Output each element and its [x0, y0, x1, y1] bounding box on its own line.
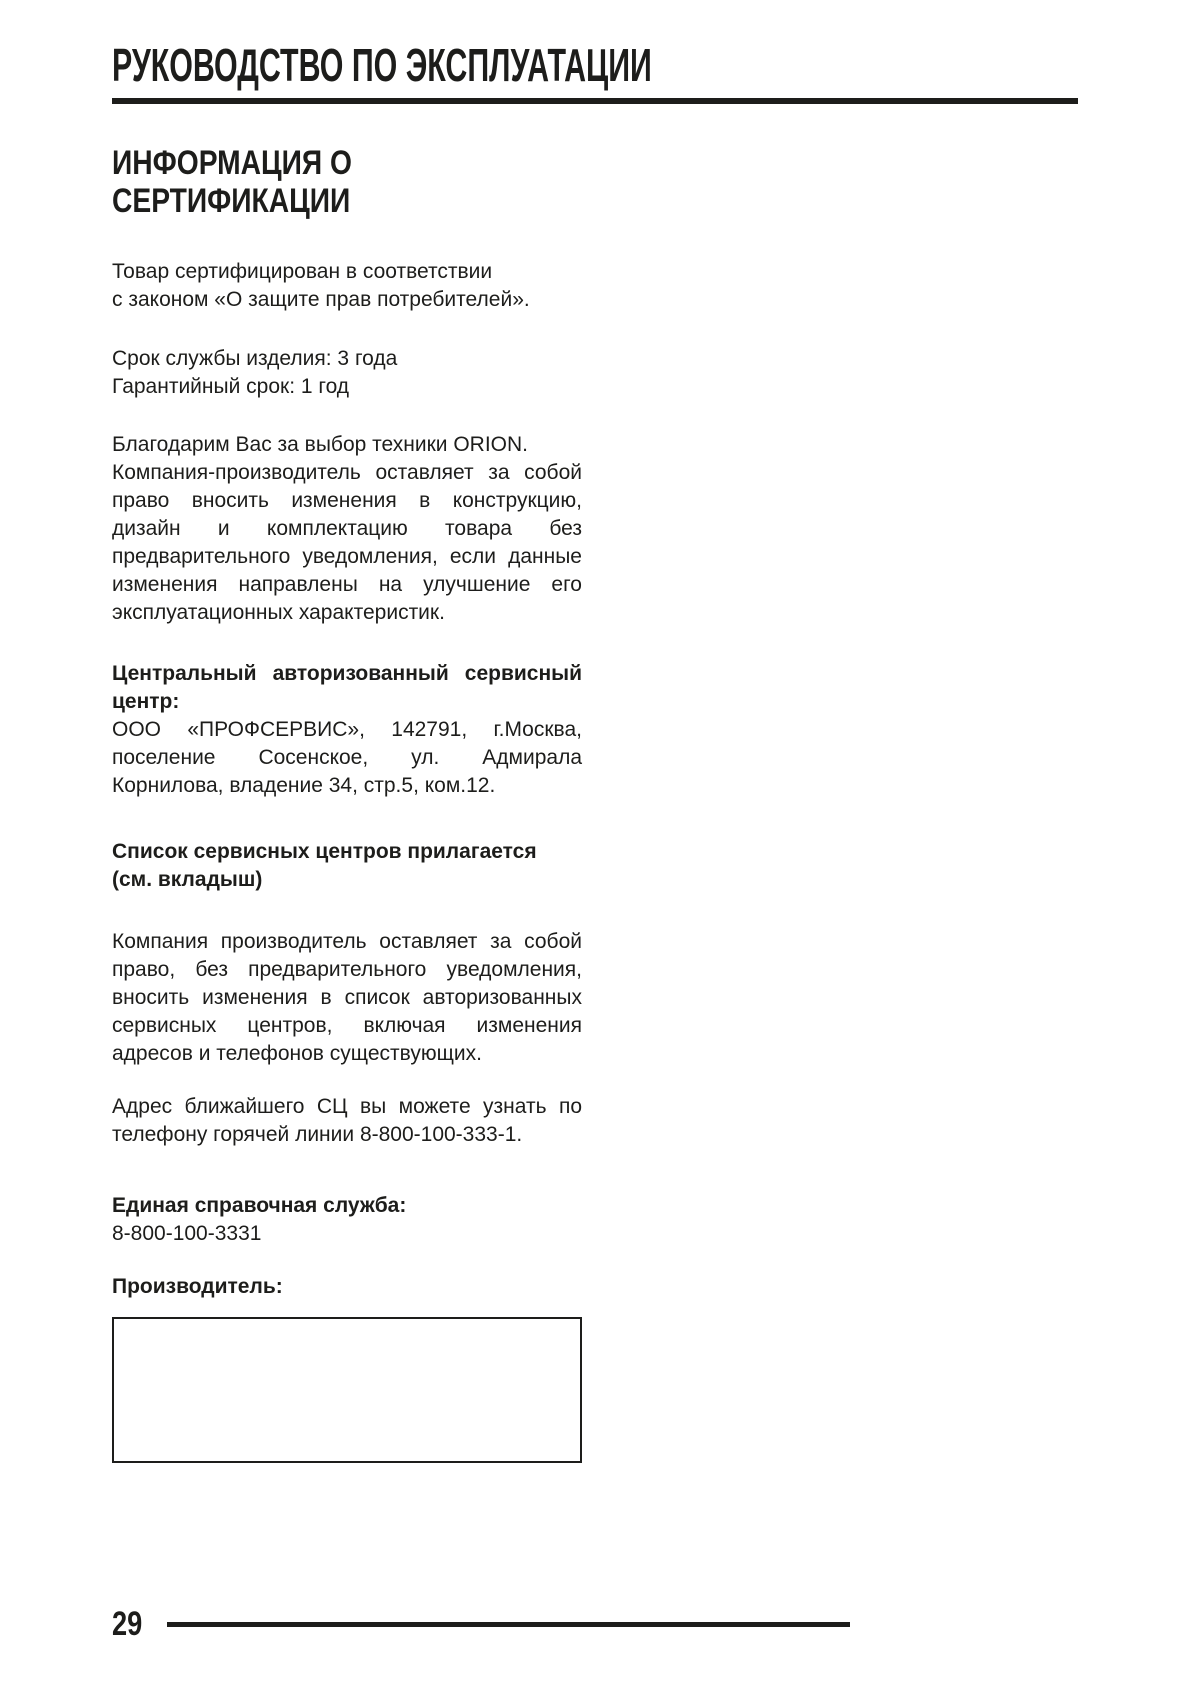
- para-service-center-address: ООО «ПРОФСЕРВИС», 142791, г.Москва, посе…: [112, 716, 582, 800]
- para-thanks: Благодарим Вас за выбор техники ORION. К…: [112, 431, 582, 627]
- page-footer: 29: [112, 1606, 850, 1642]
- para-changes-notice: Компания производитель оставляет за собо…: [112, 928, 582, 1068]
- footer-rule: [167, 1622, 850, 1627]
- page-header: РУКОВОДСТВО ПО ЭКСПЛУАТАЦИИ: [112, 42, 1190, 88]
- para-certification: Товар сертифицирован в соответствии с за…: [112, 258, 582, 314]
- content-column: ИНФОРМАЦИЯ О СЕРТИФИКАЦИИ Товар сертифиц…: [112, 144, 582, 1463]
- manufacturer-heading: Производитель:: [112, 1273, 582, 1301]
- manufacturer-box: [112, 1317, 582, 1463]
- central-service-center-heading: Центральный авторизованный сервисный цен…: [112, 660, 582, 716]
- para-hotline-notice: Адрес ближайшего СЦ вы можете узнать по …: [112, 1093, 582, 1149]
- info-service-phone: 8-800-100-3331: [112, 1220, 582, 1248]
- header-rule: [112, 98, 1078, 104]
- manual-page: РУКОВОДСТВО ПО ЭКСПЛУАТАЦИИ ИНФОРМАЦИЯ О…: [0, 0, 1190, 1684]
- section-heading: ИНФОРМАЦИЯ О СЕРТИФИКАЦИИ: [112, 144, 582, 220]
- service-list-note: Список сервисных центров прилагается (см…: [112, 838, 582, 894]
- page-title: РУКОВОДСТВО ПО ЭКСПЛУАТАЦИИ: [112, 42, 823, 88]
- info-service-heading: Единая справочная служба:: [112, 1192, 582, 1220]
- page-number: 29: [112, 1606, 142, 1642]
- central-service-center-heading-line2: центр:: [112, 688, 582, 716]
- central-service-center-heading-line1: Центральный авторизованный сервисный: [112, 660, 582, 688]
- para-service-life: Срок службы изделия: 3 года Гарантийный …: [112, 345, 582, 401]
